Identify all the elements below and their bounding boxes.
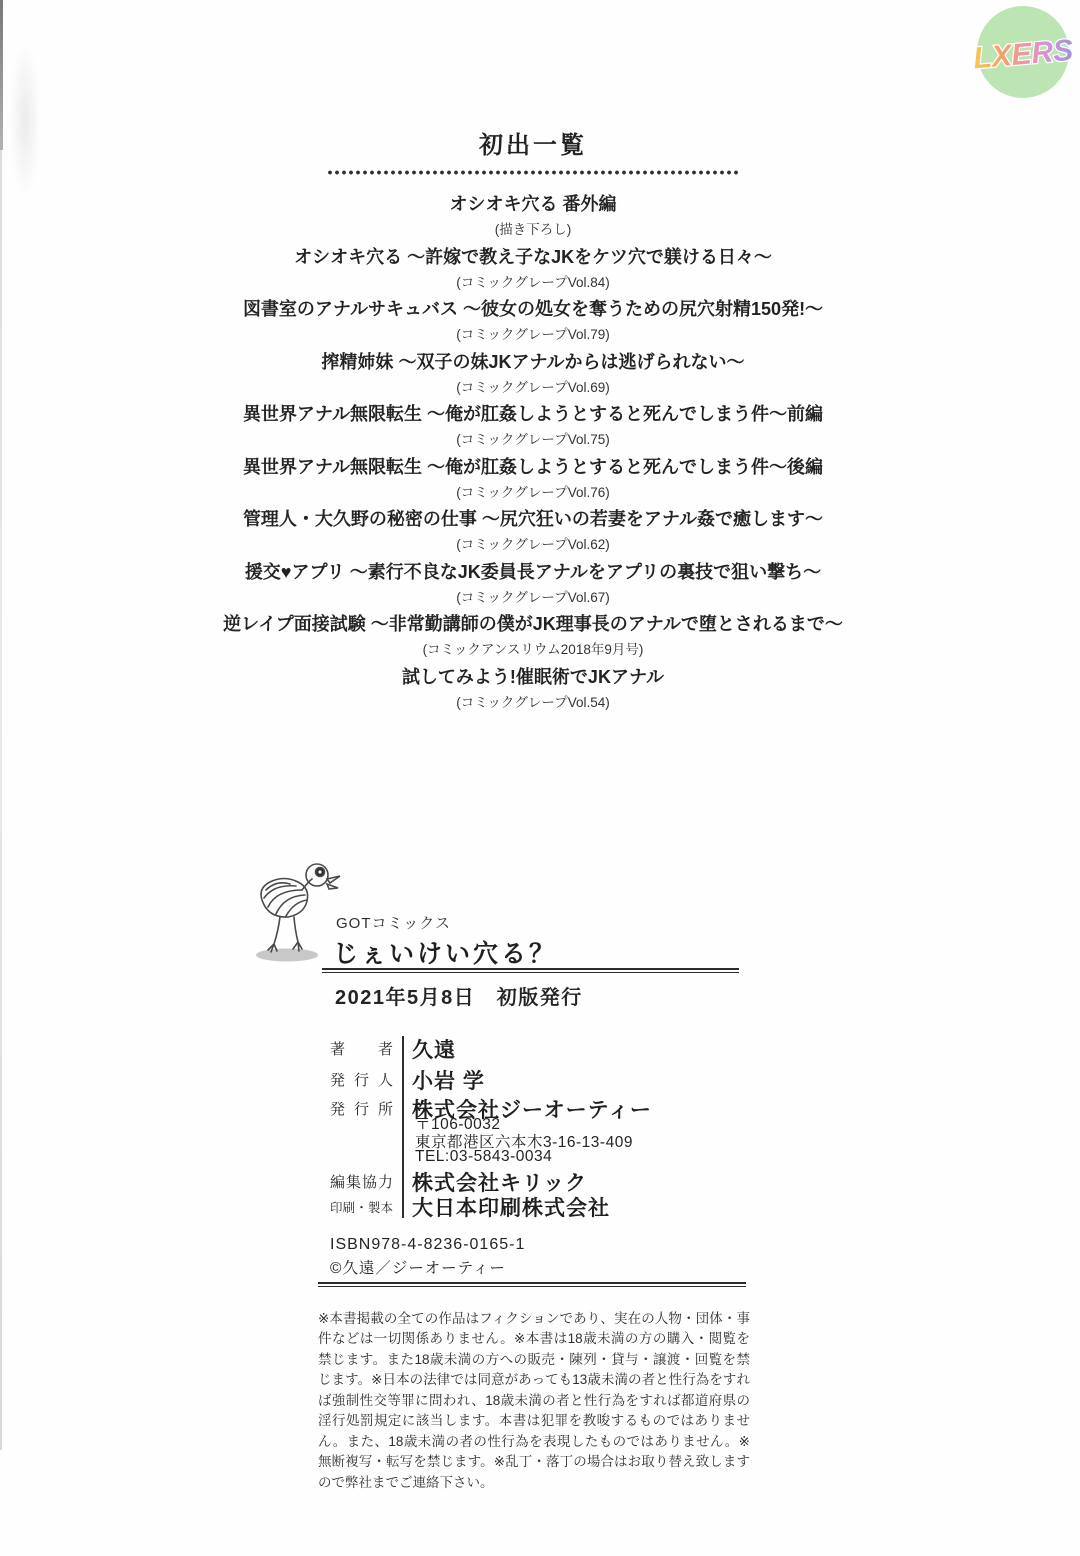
- publication-title: 管理人・大久野の秘密の仕事 ～尻穴狂いの若妻をアナル姦で癒します～: [0, 506, 1066, 533]
- publication-item: オシオキ穴る 番外編 (描き下ろし): [0, 191, 1066, 244]
- publication-title: オシオキ穴る ～許嫁で教え子なJKをケツ穴で躾ける日々～: [0, 244, 1066, 271]
- publication-title: 図書室のアナルサキュバス ～彼女の処女を奪うための尻穴射精150発!～: [0, 296, 1066, 323]
- publication-title: 逆レイプ面接試験 ～非常勤講師の僕がJK理事長のアナルで堕とされるまで～: [0, 611, 1066, 638]
- book-title: じぇいけい穴る？: [333, 934, 557, 970]
- first-publication-list: 初出一覧 オシオキ穴る 番外編 (描き下ろし) オシオキ穴る ～許嫁で教え子なJ…: [0, 125, 1066, 716]
- publication-item: 逆レイプ面接試験 ～非常勤講師の僕がJK理事長のアナルで堕とされるまで～ (コミ…: [0, 611, 1066, 664]
- publication-source: (コミックグレープVol.79): [0, 323, 1066, 347]
- publication-source: (コミックグレープVol.76): [0, 481, 1066, 505]
- credit-label: 印刷・製本: [330, 1198, 393, 1216]
- publication-source: (コミックグレープVol.67): [0, 586, 1066, 610]
- page-title: 初出一覧: [0, 125, 1066, 160]
- publication-source: (コミックアンスリウム2018年9月号): [0, 638, 1066, 662]
- publication-item: 図書室のアナルサキュバス ～彼女の処女を奪うための尻穴射精150発!～ (コミッ…: [0, 296, 1066, 349]
- scanned-colophon-page: LXERS 初出一覧 オシオキ穴る 番外編 (描き下ろし) オシオキ穴る ～許嫁…: [0, 0, 1080, 1556]
- publication-title: 異世界アナル無限転生 ～俺が肛姦しようとすると死んでしまう件～後編: [0, 454, 1066, 481]
- publication-item: 援交♥アプリ ～素行不良なJK委員長アナルをアプリの裏技で狙い撃ち～ (コミック…: [0, 559, 1066, 612]
- publication-item: 試してみよう!催眠術でJKアナル (コミックグレープVol.54): [0, 664, 1066, 717]
- publication-source: (コミックグレープVol.62): [0, 533, 1066, 557]
- lxers-logo: LXERS: [975, 3, 1075, 108]
- credits-divider: [402, 1036, 404, 1218]
- publication-item: 異世界アナル無限転生 ～俺が肛姦しようとすると死んでしまう件～後編 (コミックグ…: [0, 454, 1066, 507]
- disclaimer-text: ※本書掲載の全ての作品はフィクションであり、実在の人物・団体・事件などは一切関係…: [318, 1309, 750, 1494]
- publication-source: (コミックグレープVol.69): [0, 376, 1066, 400]
- publication-source: (コミックグレープVol.84): [0, 271, 1066, 295]
- lxers-logo-icon: LXERS: [975, 3, 1075, 103]
- credit-label: 発行所: [330, 1098, 393, 1119]
- title-rule: [322, 968, 739, 973]
- publication-title: 試してみよう!催眠術でJKアナル: [0, 664, 1066, 691]
- publication-title: 異世界アナル無限転生 ～俺が肛姦しようとすると死んでしまう件～前編: [0, 401, 1066, 428]
- imprint-label: GOTコミックス: [336, 912, 451, 933]
- disclaimer-rule: [318, 1282, 746, 1287]
- publication-title: 援交♥アプリ ～素行不良なJK委員長アナルをアプリの裏技で狙い撃ち～: [0, 559, 1066, 586]
- copyright-notice: ©久遠／ジーオーティー: [330, 1256, 506, 1278]
- publication-source: (描き下ろし): [0, 218, 1066, 242]
- credit-label: 編集協力: [330, 1171, 393, 1192]
- credit-value: 小岩 学: [412, 1065, 485, 1095]
- publication-item: 管理人・大久野の秘密の仕事 ～尻穴狂いの若妻をアナル姦で癒します～ (コミックグ…: [0, 506, 1066, 559]
- publication-item: 搾精姉妹 ～双子の妹JKアナルからは逃げられない～ (コミックグレープVol.6…: [0, 349, 1066, 402]
- bird-sketch-icon: [250, 860, 345, 970]
- credit-value: 久遠: [412, 1034, 456, 1064]
- credit-label: 発行人: [330, 1069, 393, 1090]
- publication-item: オシオキ穴る ～許嫁で教え子なJKをケツ穴で躾ける日々～ (コミックグレープVo…: [0, 244, 1066, 297]
- publication-source: (コミックグレープVol.54): [0, 691, 1066, 715]
- publisher-phone: TEL:03-5843-0034: [415, 1148, 552, 1166]
- credit-value: 大日本印刷株式会社: [412, 1192, 610, 1222]
- publication-title: オシオキ穴る 番外編: [0, 191, 1066, 218]
- credit-label: 著者: [330, 1038, 393, 1059]
- dotted-divider: [328, 170, 738, 175]
- publication-item: 異世界アナル無限転生 ～俺が肛姦しようとすると死んでしまう件～前編 (コミックグ…: [0, 401, 1066, 454]
- isbn-number: ISBN978-4-8236-0165-1: [330, 1236, 525, 1254]
- edition-date: 2021年5月8日 初版発行: [335, 981, 583, 1010]
- publication-title: 搾精姉妹 ～双子の妹JKアナルからは逃げられない～: [0, 349, 1066, 376]
- publication-source: (コミックグレープVol.75): [0, 428, 1066, 452]
